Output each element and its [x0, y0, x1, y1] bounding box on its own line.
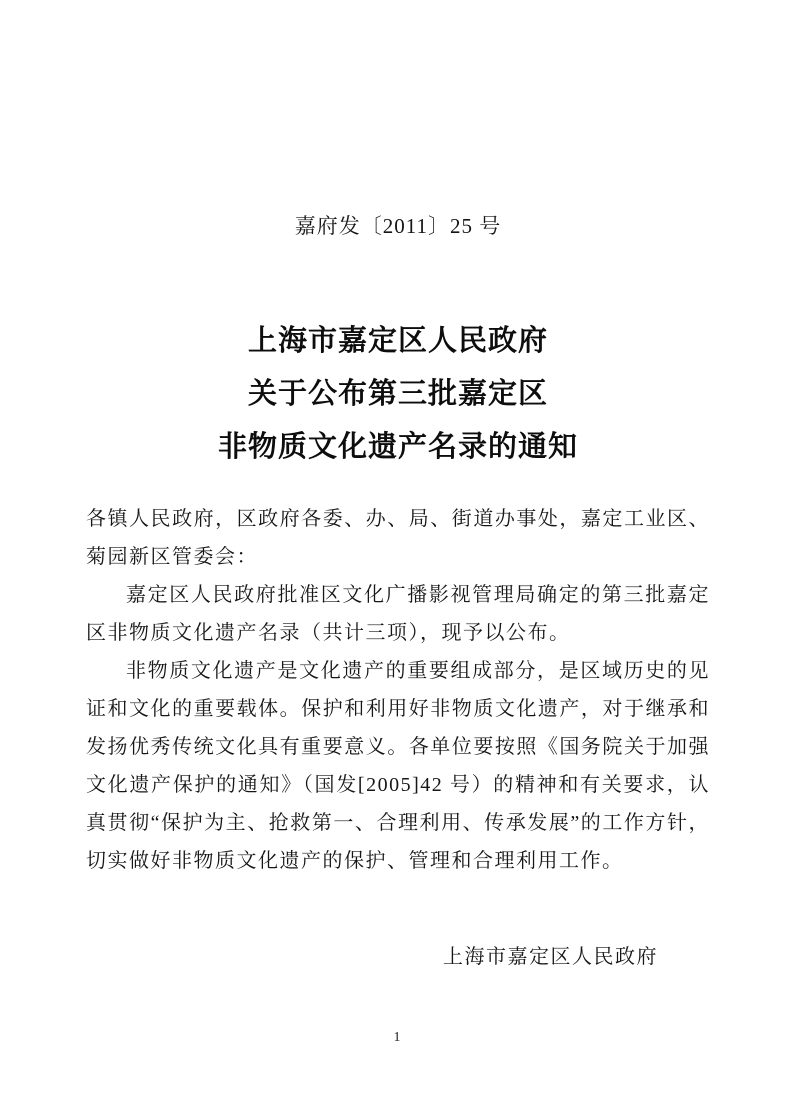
document-body: 各镇人民政府，区政府各委、办、局、街道办事处，嘉定工业区、菊园新区管委会： 嘉定… — [86, 500, 710, 880]
document-title: 上海市嘉定区人民政府 关于公布第三批嘉定区 非物质文化遗产名录的通知 — [86, 315, 710, 474]
salutation: 各镇人民政府，区政府各委、办、局、街道办事处，嘉定工业区、菊园新区管委会： — [86, 500, 710, 576]
page-number: 1 — [0, 1030, 794, 1046]
signature-issuer: 上海市嘉定区人民政府 — [86, 940, 710, 969]
title-line-3: 非物质文化遗产名录的通知 — [86, 421, 710, 474]
document-number: 嘉府发〔2011〕25 号 — [86, 212, 710, 240]
title-line-2: 关于公布第三批嘉定区 — [86, 368, 710, 421]
title-line-1: 上海市嘉定区人民政府 — [86, 315, 710, 368]
paragraph-requirements: 非物质文化遗产是文化遗产的重要组成部分，是区域历史的见证和文化的重要载体。保护和… — [86, 652, 710, 880]
document-page: 嘉府发〔2011〕25 号 上海市嘉定区人民政府 关于公布第三批嘉定区 非物质文… — [0, 0, 794, 1108]
paragraph-announcement: 嘉定区人民政府批准区文化广播影视管理局确定的第三批嘉定区非物质文化遗产名录（共计… — [86, 576, 710, 652]
